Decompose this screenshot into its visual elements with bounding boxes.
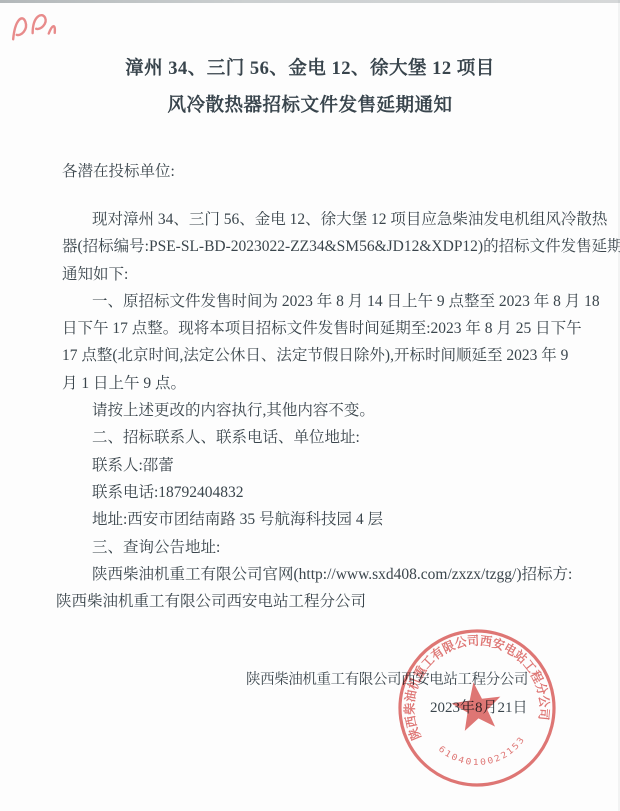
salutation: 各潜在投标单位: bbox=[62, 161, 175, 183]
seal-serial-number: 6104010022153 bbox=[435, 732, 531, 774]
body-line: 月 1 日上午 9 点。 bbox=[62, 370, 562, 397]
body-line: 器(招标编号:PSE-SL-BD-2023022-ZZ34&SM56&JD12&… bbox=[62, 233, 562, 260]
scanned-notice-page: 漳州 34、三门 56、金电 12、徐大堡 12 项目 风冷散热器招标文件发售延… bbox=[0, 0, 620, 811]
seal-star-icon bbox=[449, 679, 504, 732]
corner-stamp-fragment-icon bbox=[8, 5, 60, 49]
svg-text:6104010022153: 6104010022153 bbox=[435, 732, 531, 774]
svg-text:陕西柴油机重工有限公司西安电站工程分公司: 陕西柴油机重工有限公司西安电站工程分公司 bbox=[395, 626, 555, 743]
body-line: 17 点整(北京时间,法定公休日、法定节假日除外),开标时间顺延至 2023 年… bbox=[62, 342, 562, 369]
body-line: 联系人:邵蕾 bbox=[62, 452, 562, 479]
body-line: 二、招标联系人、联系电话、单位地址: bbox=[62, 424, 562, 451]
body-text: 现对漳州 34、三门 56、金电 12、徐大堡 12 项目应急柴油发电机组风冷散… bbox=[62, 206, 562, 615]
seal-ring-text: 陕西柴油机重工有限公司西安电站工程分公司 bbox=[395, 626, 555, 743]
body-line: 请按上述更改的内容执行,其他内容不变。 bbox=[62, 397, 562, 424]
body-line: 三、查询公告地址: bbox=[62, 534, 562, 561]
scan-edge-top bbox=[0, 0, 620, 3]
body-line: 地址:西安市团结南路 35 号航海科技园 4 层 bbox=[62, 506, 562, 533]
body-line: 一、原招标文件发售时间为 2023 年 8 月 14 日上午 9 点整至 202… bbox=[62, 288, 562, 315]
official-seal: 陕西柴油机重工有限公司西安电站工程分公司 6104010022153 bbox=[395, 626, 559, 790]
body-line: 日下午 17 点整。现将本项目招标文件发售时间延期至:2023 年 8 月 25… bbox=[62, 315, 562, 342]
body-line: 联系电话:18792404832 bbox=[62, 479, 562, 506]
document-title-line2: 风冷散热器招标文件发售延期通知 bbox=[0, 93, 620, 119]
body-line: 通知如下: bbox=[62, 261, 562, 288]
document-title-line1: 漳州 34、三门 56、金电 12、徐大堡 12 项目 bbox=[0, 56, 620, 82]
body-line: 现对漳州 34、三门 56、金电 12、徐大堡 12 项目应急柴油发电机组风冷散… bbox=[62, 206, 562, 233]
body-line: 陕西柴油机重工有限公司官网(http://www.sxd408.com/zxzx… bbox=[62, 561, 562, 588]
body-line: 陕西柴油机重工有限公司西安电站工程分公司 bbox=[56, 588, 562, 615]
